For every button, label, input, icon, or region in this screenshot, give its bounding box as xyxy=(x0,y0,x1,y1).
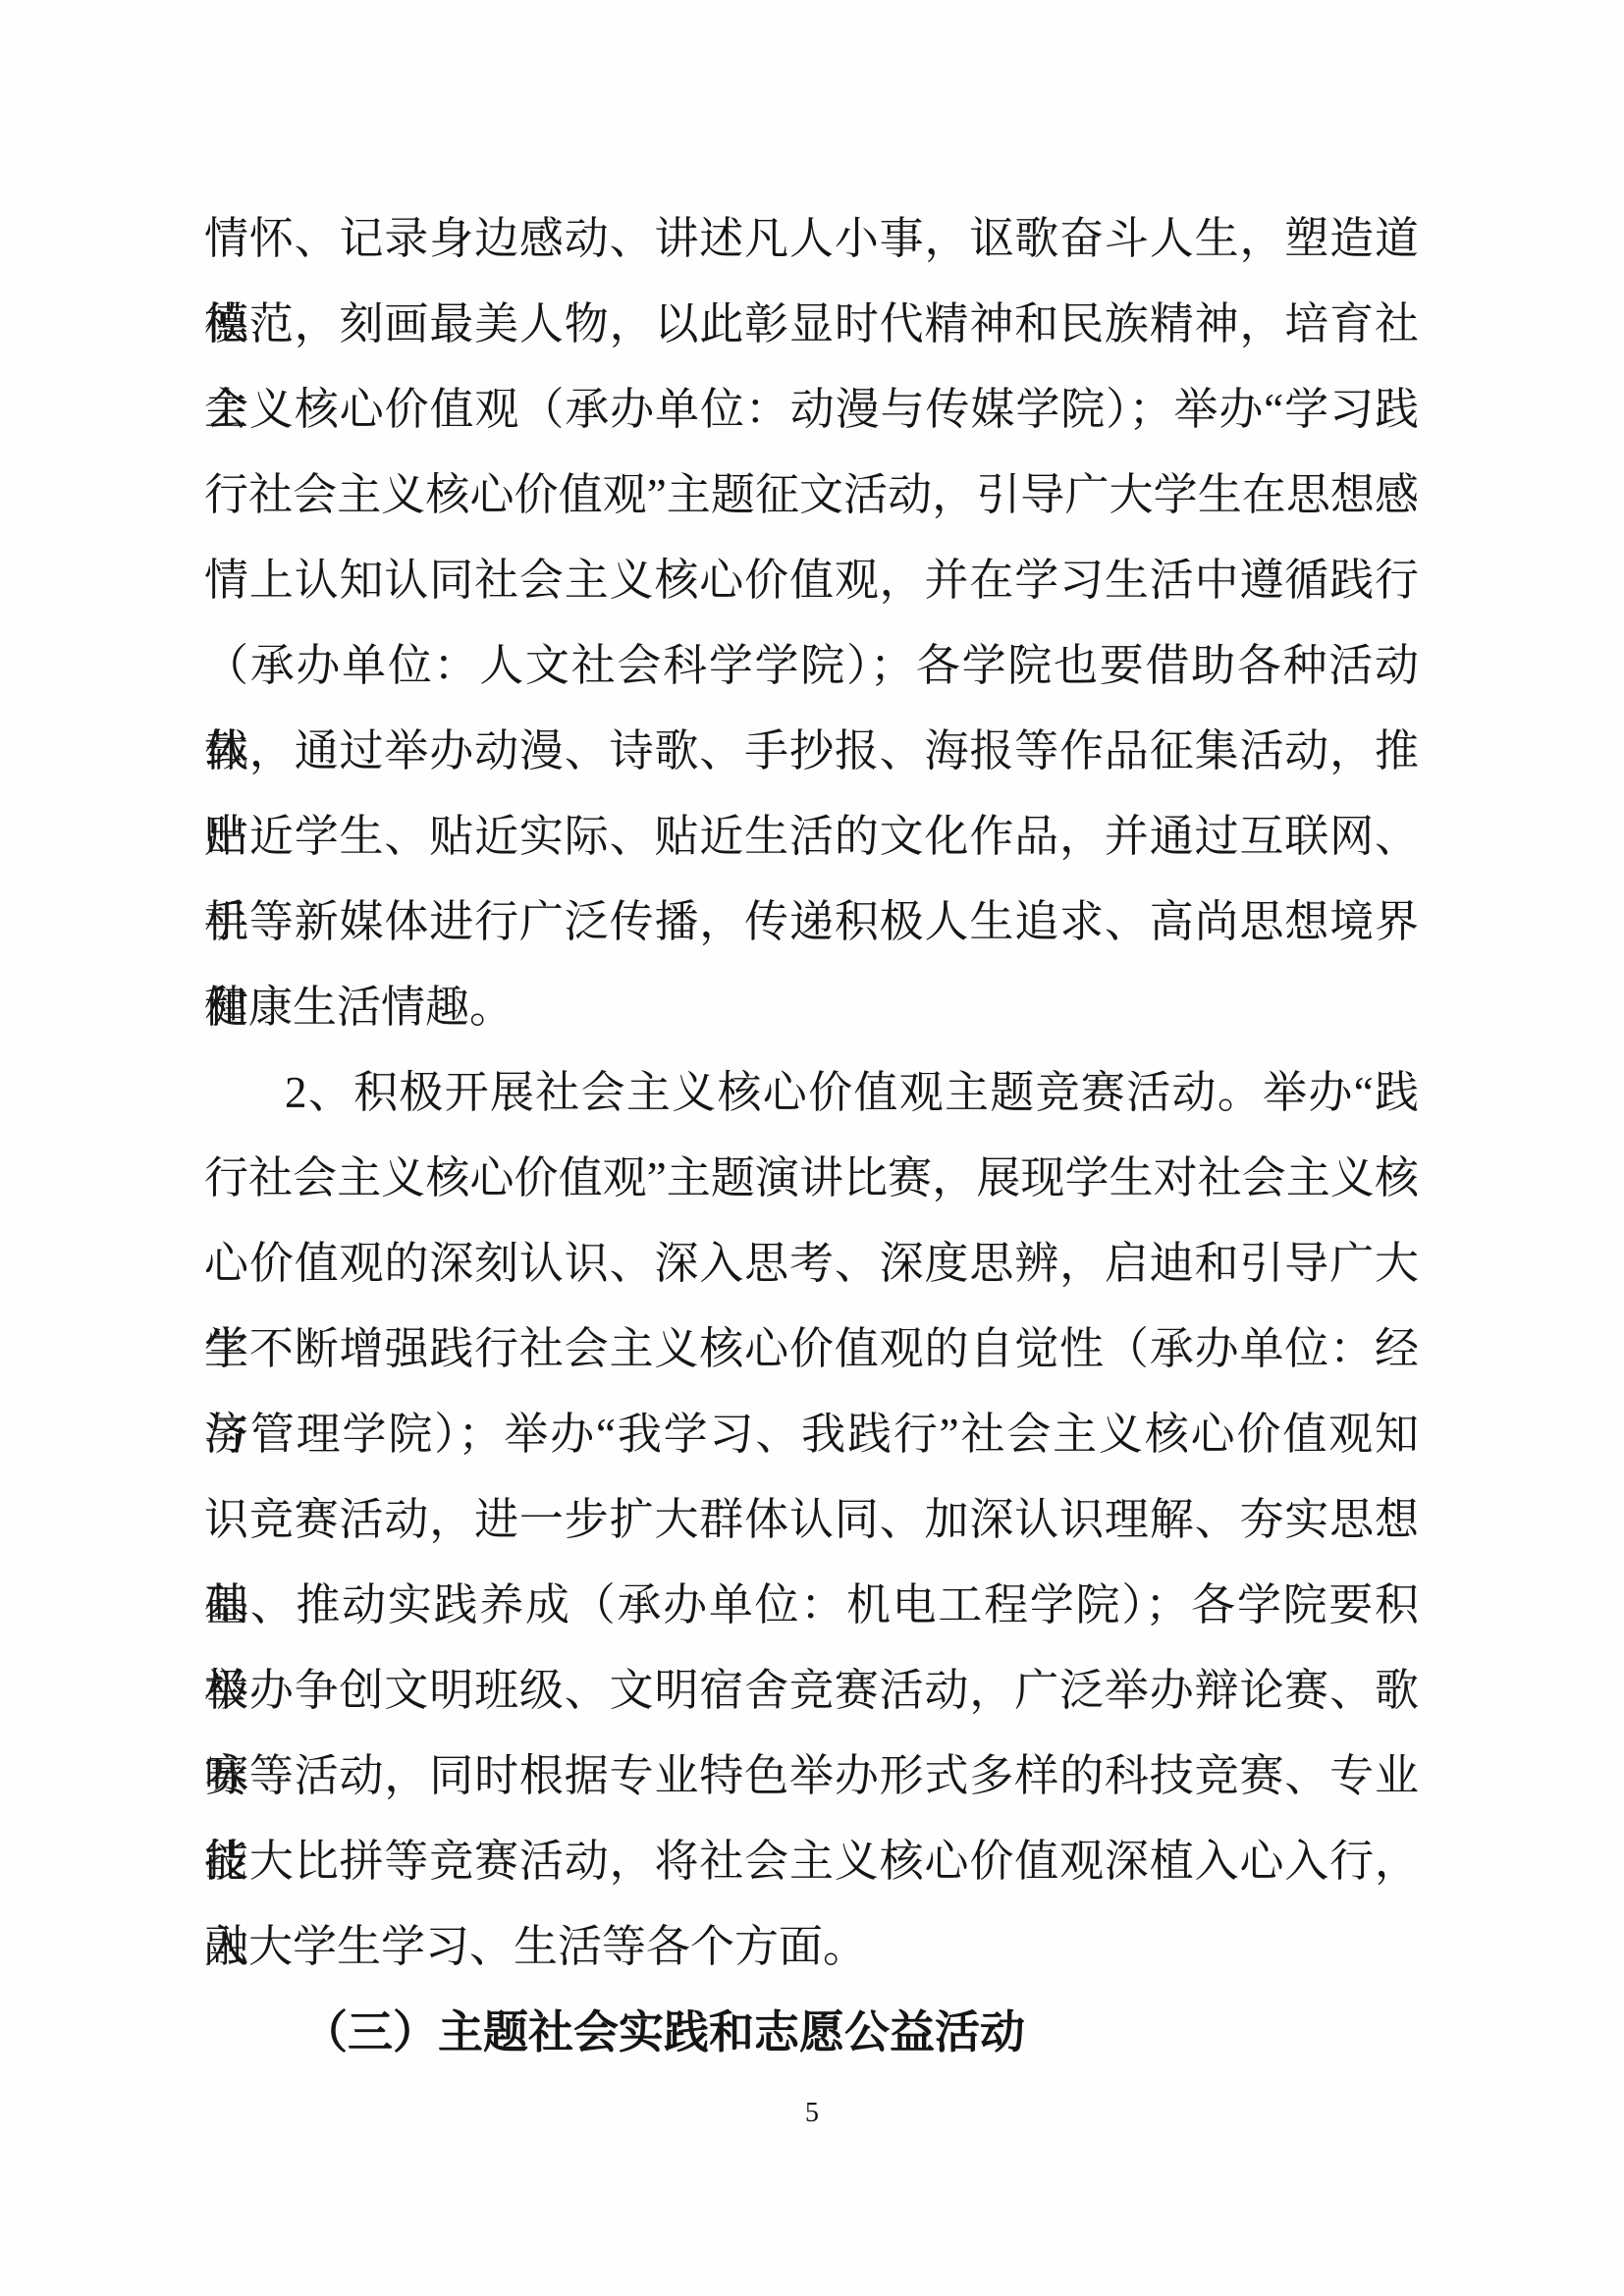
body-line: 机等新媒体进行广泛传播，传递积极人生追求、高尚思想境界和 xyxy=(204,880,1419,965)
body-line: 体，通过举办动漫、诗歌、手抄报、海报等作品征集活动，推出 xyxy=(204,709,1419,794)
body-line: 识竞赛活动，进一步扩大群体认同、加深认识理解、夯实思想基 xyxy=(204,1477,1419,1563)
body-line: 生不断增强践行社会主义核心价值观的自觉性（承办单位：经济 xyxy=(204,1307,1419,1392)
body-line: 贴近学生、贴近实际、贴近生活的文化作品，并通过互联网、手 xyxy=(204,794,1419,880)
body-line: 情上认知认同社会主义核心价值观，并在学习生活中遵循践行 xyxy=(204,538,1419,623)
body-line: 行社会主义核心价值观”主题征文活动，引导广大学生在思想感 xyxy=(204,453,1419,538)
body-line: 健康生活情趣。 xyxy=(204,965,1419,1050)
body-line: 入大学生学习、生活等各个方面。 xyxy=(204,1904,1419,1990)
body-line: 能大比拼等竞赛活动，将社会主义核心价值观深植入心入行，融 xyxy=(204,1819,1419,1904)
text-block: 情怀、记录身边感动、讲述凡人小事，讴歌奋斗人生，塑造道德 模范，刻画最美人物，以… xyxy=(204,196,1419,2075)
body-line: 础、推动实践养成（承办单位：机电工程学院）；各学院要积极 xyxy=(204,1563,1419,1648)
body-line: 举办争创文明班级、文明宿舍竞赛活动，广泛举办辩论赛、歌咏 xyxy=(204,1648,1419,1734)
body-line: 模范，刻画最美人物，以此彰显时代精神和民族精神，培育社会 xyxy=(204,282,1419,367)
body-line: （承办单位：人文社会科学学院）；各学院也要借助各种活动载 xyxy=(204,623,1419,709)
page-number: 5 xyxy=(0,2097,1624,2130)
body-line: 与管理学院）；举办“我学习、我践行”社会主义核心价值观知 xyxy=(204,1392,1419,1477)
body-line: 行社会主义核心价值观”主题演讲比赛，展现学生对社会主义核 xyxy=(204,1136,1419,1221)
body-line: 2、积极开展社会主义核心价值观主题竞赛活动。举办“践 xyxy=(204,1050,1419,1136)
body-line: 情怀、记录身边感动、讲述凡人小事，讴歌奋斗人生，塑造道德 xyxy=(204,196,1419,282)
body-line: 心价值观的深刻认识、深入思考、深度思辨，启迪和引导广大学 xyxy=(204,1221,1419,1307)
section-heading: （三）主题社会实践和志愿公益活动 xyxy=(204,1990,1419,2075)
body-line: 赛等活动，同时根据专业特色举办形式多样的科技竞赛、专业技 xyxy=(204,1734,1419,1819)
document-page: 情怀、记录身边感动、讲述凡人小事，讴歌奋斗人生，塑造道德 模范，刻画最美人物，以… xyxy=(0,0,1624,2296)
body-line: 主义核心价值观（承办单位：动漫与传媒学院）；举办“学习践 xyxy=(204,367,1419,453)
